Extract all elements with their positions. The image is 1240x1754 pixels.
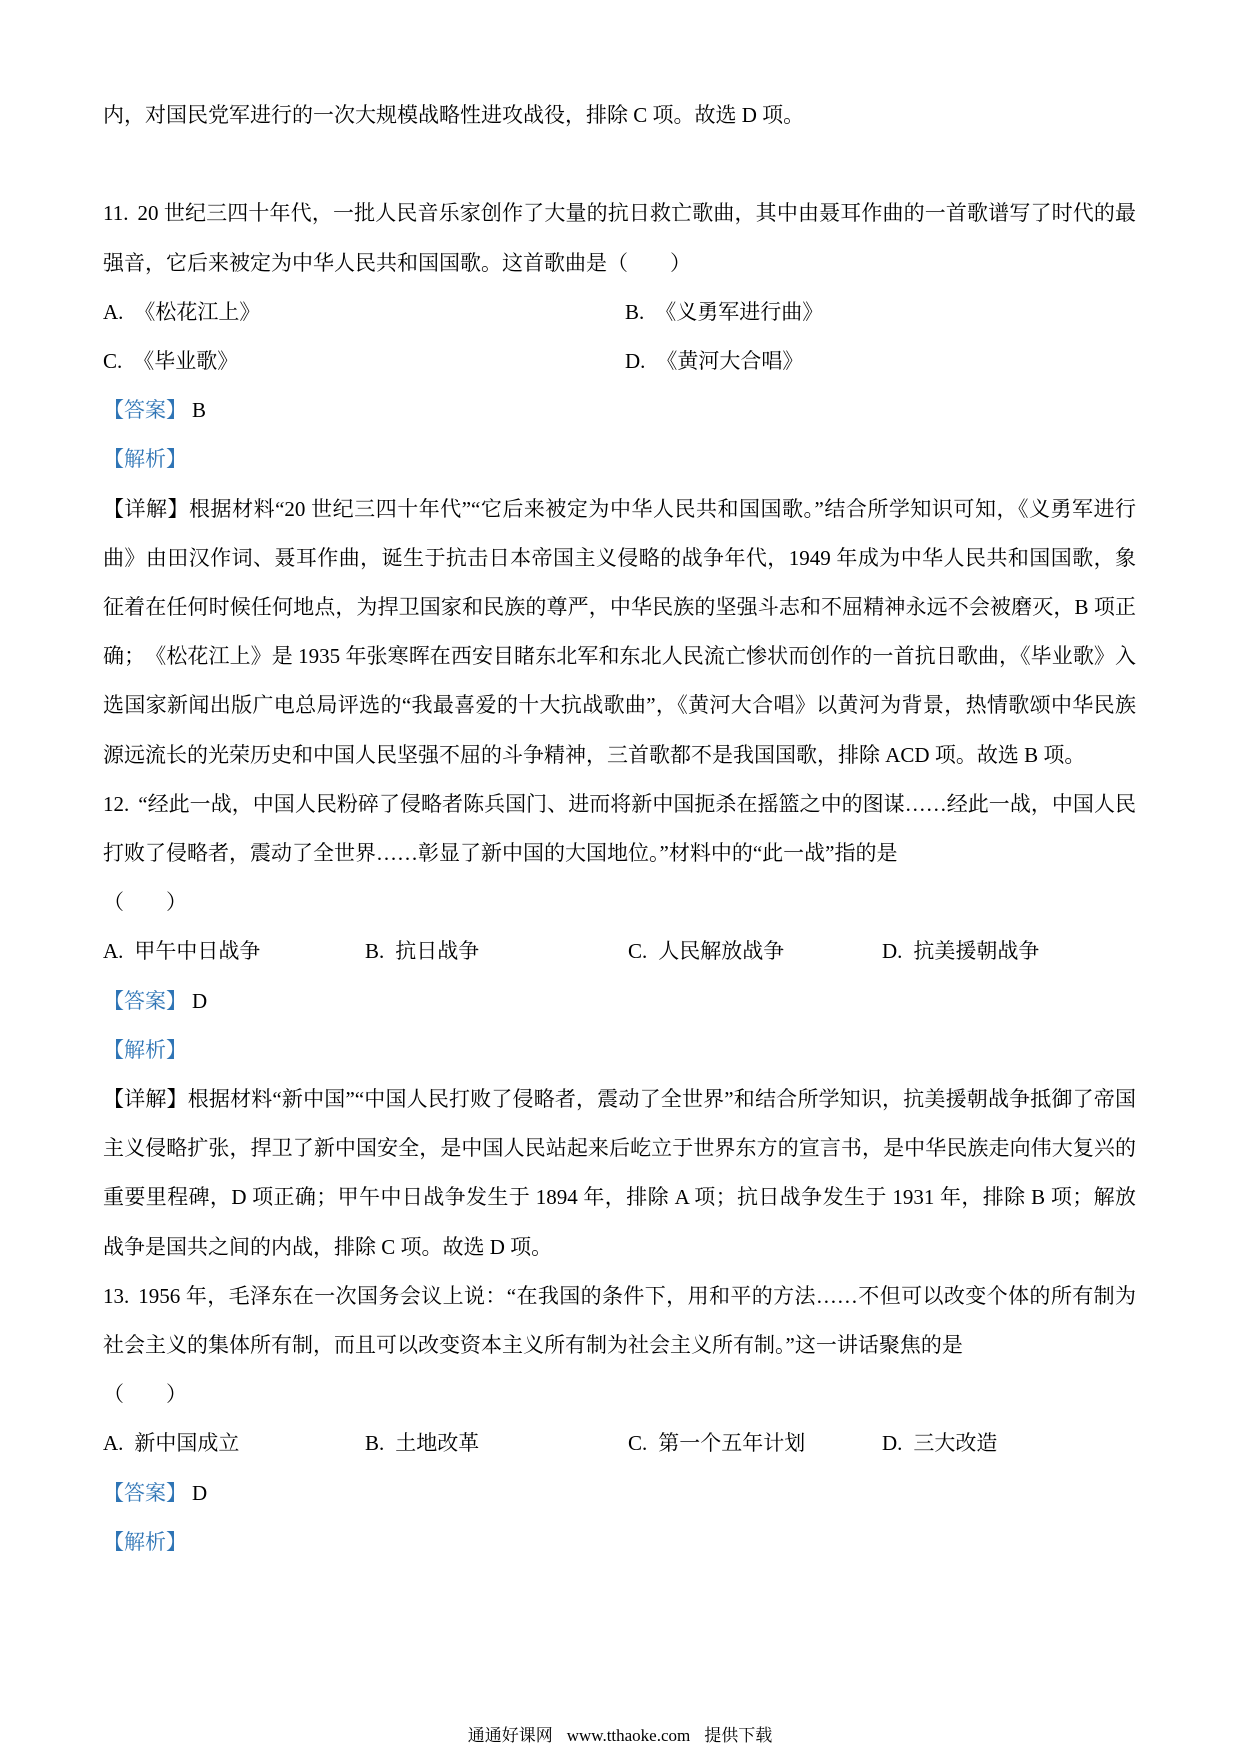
question-12-section: 12.“经此一战，中国人民粉碎了侵略者陈兵国门、进而将新中国扼杀在摇篮之中的图谋… (103, 780, 1136, 1272)
option-b-label: B. (365, 939, 384, 963)
option-a-text: 新中国成立 (134, 1431, 239, 1455)
analysis-label: 【解析】 (103, 1530, 187, 1554)
option-c-text: 人民解放战争 (658, 939, 784, 963)
question-12-options: A.甲午中日战争 B.抗日战争 C.人民解放战争 D.抗美援朝战争 (103, 927, 1136, 976)
question-13-option-d: D.三大改造 (882, 1419, 1136, 1468)
question-12-stem: 12.“经此一战，中国人民粉碎了侵略者陈兵国门、进而将新中国扼杀在摇篮之中的图谋… (103, 780, 1136, 878)
option-a-text: 《松花江上》 (134, 300, 260, 324)
question-13-answer-value: D (192, 1481, 207, 1505)
option-d-text: 《黄河大合唱》 (656, 349, 803, 373)
option-c-text: 《毕业歌》 (133, 349, 238, 373)
question-13-stem-text: 1956 年，毛泽东在一次国务会议上说：“在我国的条件下，用和平的方法……不但可… (103, 1284, 1136, 1357)
question-12-option-b: B.抗日战争 (365, 927, 628, 976)
answer-label: 【答案】 (103, 1481, 187, 1505)
question-12-number: 12. (103, 792, 129, 816)
option-b-text: 《义勇军进行曲》 (655, 300, 823, 324)
option-a-text: 甲午中日战争 (134, 939, 260, 963)
question-13-answer-line: 【答案】D (103, 1469, 1136, 1518)
question-11-options: A.《松花江上》 B.《义勇军进行曲》 C.《毕业歌》 D.《黄河大合唱》 (103, 288, 1136, 386)
question-13-paren: （ ） (103, 1370, 1136, 1419)
question-11-analysis-line: 【解析】 (103, 435, 1136, 484)
question-11-option-c: C.《毕业歌》 (103, 337, 625, 386)
option-b-label: B. (365, 1431, 384, 1455)
option-d-label: D. (625, 349, 645, 373)
question-13-section: 13.1956 年，毛泽东在一次国务会议上说：“在我国的条件下，用和平的方法……… (103, 1272, 1136, 1567)
question-11-option-a: A.《松花江上》 (103, 288, 625, 337)
option-c-label: C. (628, 939, 647, 963)
exam-answer-page: 内，对国民党军进行的一次大规模战略性进攻战役，排除 C 项。故选 D 项。 11… (0, 0, 1240, 1754)
option-b-label: B. (625, 300, 644, 324)
option-d-label: D. (882, 1431, 902, 1455)
option-d-text: 抗美援朝战争 (913, 939, 1039, 963)
option-b-text: 抗日战争 (395, 939, 479, 963)
footer-url: www.tthaoke.com (567, 1726, 691, 1745)
footer-site-name: 通通好课网 (468, 1726, 553, 1745)
question-12-analysis-line: 【解析】 (103, 1026, 1136, 1075)
option-d-label: D. (882, 939, 902, 963)
question-12-option-d: D.抗美援朝战争 (882, 927, 1136, 976)
question-11-option-d: D.《黄河大合唱》 (625, 337, 1136, 386)
question-12-answer-line: 【答案】D (103, 977, 1136, 1026)
question-11-stem: 11.20 世纪三四十年代，一批人民音乐家创作了大量的抗日救亡歌曲，其中由聂耳作… (103, 189, 1136, 287)
question-12-detail: 【详解】根据材料“新中国”“中国人民打败了侵略者，震动了全世界”和结合所学知识，… (103, 1075, 1136, 1272)
question-13-options: A.新中国成立 B.土地改革 C.第一个五年计划 D.三大改造 (103, 1419, 1136, 1468)
option-d-text: 三大改造 (913, 1431, 997, 1455)
carryover-text: 内，对国民党军进行的一次大规模战略性进攻战役，排除 C 项。故选 D 项。 (103, 91, 1136, 140)
question-12-answer-value: D (192, 989, 207, 1013)
answer-label: 【答案】 (103, 989, 187, 1013)
question-12-stem-text: “经此一战，中国人民粉碎了侵略者陈兵国门、进而将新中国扼杀在摇篮之中的图谋……经… (103, 792, 1136, 865)
question-13-analysis-line: 【解析】 (103, 1518, 1136, 1567)
detail-label: 【详解】 (103, 1087, 188, 1111)
analysis-label: 【解析】 (103, 447, 187, 471)
detail-label: 【详解】 (103, 497, 189, 521)
option-c-label: C. (628, 1431, 647, 1455)
question-11-number: 11. (103, 201, 128, 225)
page-footer: 通通好课网www.tthaoke.com提供下载 (0, 1725, 1240, 1747)
question-13-option-c: C.第一个五年计划 (628, 1419, 882, 1468)
question-12-paren: （ ） (103, 878, 1136, 927)
option-c-text: 第一个五年计划 (658, 1431, 805, 1455)
option-a-label: A. (103, 1431, 123, 1455)
question-11-option-b: B.《义勇军进行曲》 (625, 288, 1136, 337)
footer-download-suffix: 提供下载 (704, 1726, 772, 1745)
option-c-label: C. (103, 349, 122, 373)
option-b-text: 土地改革 (395, 1431, 479, 1455)
question-13-option-a: A.新中国成立 (103, 1419, 365, 1468)
question-13-stem: 13.1956 年，毛泽东在一次国务会议上说：“在我国的条件下，用和平的方法……… (103, 1272, 1136, 1370)
question-11-answer-line: 【答案】B (103, 386, 1136, 435)
question-11-stem-text: 20 世纪三四十年代，一批人民音乐家创作了大量的抗日救亡歌曲，其中由聂耳作曲的一… (103, 201, 1136, 274)
question-12-detail-text: 根据材料“新中国”“中国人民打败了侵略者，震动了全世界”和结合所学知识，抗美援朝… (103, 1087, 1136, 1259)
question-11-section: 11.20 世纪三四十年代，一批人民音乐家创作了大量的抗日救亡歌曲，其中由聂耳作… (103, 189, 1136, 779)
option-a-label: A. (103, 939, 123, 963)
question-11-detail-text: 根据材料“20 世纪三四十年代”“它后来被定为中华人民共和国国歌。”结合所学知识… (103, 497, 1136, 767)
page-content: 内，对国民党军进行的一次大规模战略性进攻战役，排除 C 项。故选 D 项。 11… (103, 0, 1136, 1567)
question-11-detail: 【详解】根据材料“20 世纪三四十年代”“它后来被定为中华人民共和国国歌。”结合… (103, 485, 1136, 780)
answer-label: 【答案】 (103, 398, 187, 422)
question-13-option-b: B.土地改革 (365, 1419, 628, 1468)
question-13-number: 13. (103, 1284, 129, 1308)
question-11-answer-value: B (192, 398, 206, 422)
question-12-option-c: C.人民解放战争 (628, 927, 882, 976)
option-a-label: A. (103, 300, 123, 324)
analysis-label: 【解析】 (103, 1038, 187, 1062)
question-12-option-a: A.甲午中日战争 (103, 927, 365, 976)
